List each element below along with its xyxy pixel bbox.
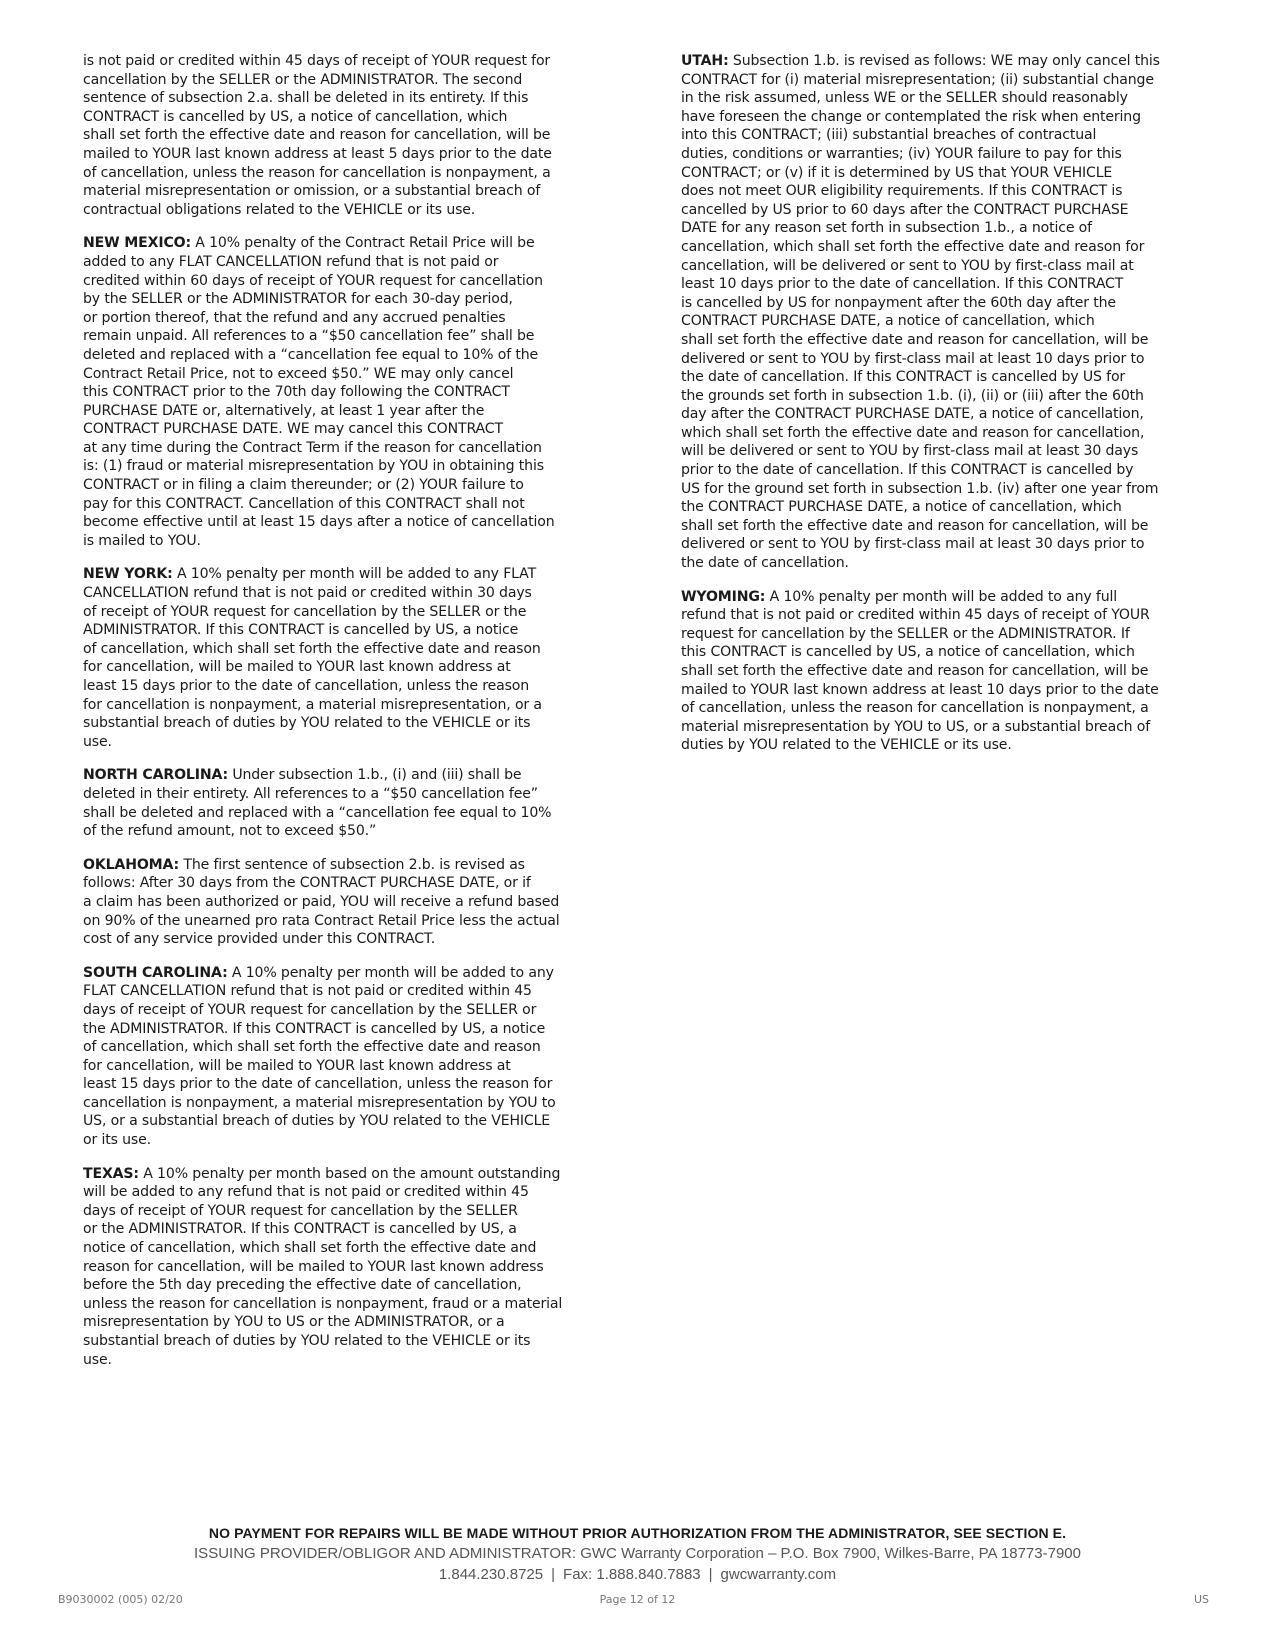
state-heading: NORTH CAROLINA: — [83, 767, 228, 783]
line-text: substantial breach of duties by YOU rela… — [83, 715, 530, 731]
line-text: mailed to YOUR last known address at lea… — [681, 682, 1159, 698]
text-line: cancellation by the SELLER or the ADMINI… — [83, 71, 628, 90]
text-line: shall set forth the effective date and r… — [681, 662, 1226, 681]
line-text: the date of cancellation. — [681, 555, 849, 571]
text-line: shall be deleted and replaced with a “ca… — [83, 804, 628, 823]
text-line: SOUTH CAROLINA: A 10% penalty per month … — [83, 964, 628, 983]
line-text: deleted in their entirety. All reference… — [83, 786, 538, 802]
text-line: on 90% of the unearned pro rata Contract… — [83, 912, 628, 931]
text-line: at any time during the Contract Term if … — [83, 439, 628, 458]
line-text: notice of cancellation, which shall set … — [83, 1240, 536, 1256]
contact-info: 1.844.230.8725|Fax: 1.888.840.7883|gwcwa… — [0, 1566, 1275, 1583]
state-heading: SOUTH CAROLINA: — [83, 965, 228, 981]
text-line: this CONTRACT prior to the 70th day foll… — [83, 383, 628, 402]
line-text: duties, conditions or warranties; (iv) Y… — [681, 146, 1122, 162]
text-line: shall set forth the effective date and r… — [681, 331, 1226, 350]
text-line: NORTH CAROLINA: Under subsection 1.b., (… — [83, 766, 628, 785]
text-line: which shall set forth the effective date… — [681, 424, 1226, 443]
text-line: the date of cancellation. — [681, 554, 1226, 573]
text-line: the date of cancellation. If this CONTRA… — [681, 368, 1226, 387]
line-text: use. — [83, 1352, 112, 1368]
line-text: a claim has been authorized or paid, YOU… — [83, 894, 559, 910]
state-provision-paragraph: WYOMING: A 10% penalty per month will be… — [681, 588, 1226, 755]
line-text: US for the ground set forth in subsectio… — [681, 481, 1158, 497]
line-text: cancellation is nonpayment, a material m… — [83, 1095, 556, 1111]
line-text: shall set forth the effective date and r… — [83, 127, 550, 143]
text-line: unless the reason for cancellation is no… — [83, 1295, 628, 1314]
line-text: does not meet OUR eligibility requiremen… — [681, 183, 1122, 199]
line-text: cancellation, which shall set forth the … — [681, 239, 1144, 255]
provider-info: ISSUING PROVIDER/OBLIGOR AND ADMINISTRAT… — [0, 1545, 1275, 1562]
line-text: will be added to any refund that is not … — [83, 1184, 529, 1200]
text-line: is mailed to YOU. — [83, 532, 628, 551]
authorization-notice: NO PAYMENT FOR REPAIRS WILL BE MADE WITH… — [0, 1525, 1275, 1541]
line-text: at any time during the Contract Term if … — [83, 440, 542, 456]
right-column: UTAH: Subsection 1.b. is revised as foll… — [681, 52, 1226, 770]
state-heading: UTAH: — [681, 53, 729, 69]
line-text: reason for cancellation, will be mailed … — [83, 1259, 544, 1275]
line-text: duties by YOU related to the VEHICLE or … — [681, 737, 1012, 753]
line-text: for cancellation, will be mailed to YOUR… — [83, 659, 511, 675]
line-text: pay for this CONTRACT. Cancellation of t… — [83, 496, 525, 512]
text-line: TEXAS: A 10% penalty per month based on … — [83, 1165, 628, 1184]
state-provision-paragraph: NORTH CAROLINA: Under subsection 1.b., (… — [83, 766, 628, 840]
state-provision-paragraph: NEW MEXICO: A 10% penalty of the Contrac… — [83, 234, 628, 550]
phone-number: 1.844.230.8725 — [439, 1566, 543, 1583]
line-text: for cancellation is nonpayment, a materi… — [83, 697, 542, 713]
text-line: use. — [83, 1351, 628, 1370]
line-text: will be delivered or sent to YOU by firs… — [681, 443, 1138, 459]
line-text: A 10% penalty per month will be added to… — [765, 589, 1117, 605]
text-line: cost of any service provided under this … — [83, 930, 628, 949]
line-text: CONTRACT or in filing a claim thereunder… — [83, 477, 524, 493]
text-line: or portion thereof, that the refund and … — [83, 309, 628, 328]
line-text: shall set forth the effective date and r… — [681, 332, 1148, 348]
text-line: delivered or sent to YOU by first-class … — [681, 535, 1226, 554]
text-line: deleted and replaced with a “cancellatio… — [83, 346, 628, 365]
line-text: A 10% penalty per month based on the amo… — [139, 1166, 560, 1182]
text-line: days of receipt of YOUR request for canc… — [83, 1001, 628, 1020]
region-code: US — [1194, 1593, 1209, 1606]
text-line: follows: After 30 days from the CONTRACT… — [83, 874, 628, 893]
line-text: FLAT CANCELLATION refund that is not pai… — [83, 983, 532, 999]
text-line: remain unpaid. All references to a “$50 … — [83, 327, 628, 346]
text-line: of cancellation, which shall set forth t… — [83, 640, 628, 659]
line-text: least 15 days prior to the date of cance… — [83, 1076, 552, 1092]
text-line: request for cancellation by the SELLER o… — [681, 625, 1226, 644]
line-text: mailed to YOUR last known address at lea… — [83, 146, 552, 162]
state-provision-paragraph: OKLAHOMA: The first sentence of subsecti… — [83, 856, 628, 949]
text-line: DATE for any reason set forth in subsect… — [681, 219, 1226, 238]
text-line: CONTRACT is cancelled by US, a notice of… — [83, 108, 628, 127]
text-line: misrepresentation by YOU to US or the AD… — [83, 1313, 628, 1332]
line-text: become effective until at least 15 days … — [83, 514, 555, 530]
text-line: cancellation is nonpayment, a material m… — [83, 1094, 628, 1113]
text-line: day after the CONTRACT PURCHASE DATE, a … — [681, 405, 1226, 424]
line-text: by the SELLER or the ADMINISTRATOR for e… — [83, 291, 513, 307]
line-text: is mailed to YOU. — [83, 533, 201, 549]
text-line: refund that is not paid or credited with… — [681, 606, 1226, 625]
text-line: of the refund amount, not to exceed $50.… — [83, 822, 628, 841]
state-provision-paragraph: SOUTH CAROLINA: A 10% penalty per month … — [83, 964, 628, 1150]
line-text: the grounds set forth in subsection 1.b.… — [681, 388, 1144, 404]
line-text: Subsection 1.b. is revised as follows: W… — [729, 53, 1160, 69]
text-line: for cancellation, will be mailed to YOUR… — [83, 1057, 628, 1076]
text-line: substantial breach of duties by YOU rela… — [83, 714, 628, 733]
line-text: delivered or sent to YOU by first-class … — [681, 536, 1144, 552]
line-text: of cancellation, which shall set forth t… — [83, 1039, 541, 1055]
line-text: into this CONTRACT; (iii) substantial br… — [681, 127, 1096, 143]
text-line: CONTRACT; or (v) if it is determined by … — [681, 164, 1226, 183]
line-text: substantial breach of duties by YOU rela… — [83, 1333, 530, 1349]
line-text: the date of cancellation. If this CONTRA… — [681, 369, 1125, 385]
line-text: ADMINISTRATOR. If this CONTRACT is cance… — [83, 622, 518, 638]
line-text: use. — [83, 734, 112, 750]
text-line: the grounds set forth in subsection 1.b.… — [681, 387, 1226, 406]
line-text: cancellation by the SELLER or the ADMINI… — [83, 72, 522, 88]
state-provision-paragraph: UTAH: Subsection 1.b. is revised as foll… — [681, 52, 1226, 573]
text-line: of cancellation, which shall set forth t… — [83, 1038, 628, 1057]
line-text: DATE for any reason set forth in subsect… — [681, 220, 1092, 236]
text-line: reason for cancellation, will be mailed … — [83, 1258, 628, 1277]
text-line: is not paid or credited within 45 days o… — [83, 52, 628, 71]
text-line: cancelled by US prior to 60 days after t… — [681, 201, 1226, 220]
line-text: cost of any service provided under this … — [83, 931, 435, 947]
text-line: NEW YORK: A 10% penalty per month will b… — [83, 565, 628, 584]
line-text: days of receipt of YOUR request for canc… — [83, 1002, 536, 1018]
separator: | — [551, 1566, 555, 1583]
text-line: does not meet OUR eligibility requiremen… — [681, 182, 1226, 201]
text-line: a claim has been authorized or paid, YOU… — [83, 893, 628, 912]
text-line: FLAT CANCELLATION refund that is not pai… — [83, 982, 628, 1001]
line-text: least 15 days prior to the date of cance… — [83, 678, 529, 694]
line-text: request for cancellation by the SELLER o… — [681, 626, 1130, 642]
line-text: or its use. — [83, 1132, 151, 1148]
line-text: A 10% penalty of the Contract Retail Pri… — [191, 235, 535, 251]
state-heading: NEW MEXICO: — [83, 235, 191, 251]
line-text: CANCELLATION refund that is not paid or … — [83, 585, 532, 601]
line-text: shall set forth the effective date and r… — [681, 663, 1148, 679]
text-line: into this CONTRACT; (iii) substantial br… — [681, 126, 1226, 145]
text-line: CONTRACT or in filing a claim thereunder… — [83, 476, 628, 495]
text-line: prior to the date of cancellation. If th… — [681, 461, 1226, 480]
line-text: The first sentence of subsection 2.b. is… — [179, 857, 525, 873]
line-text: remain unpaid. All references to a “$50 … — [83, 328, 534, 344]
text-line: least 15 days prior to the date of cance… — [83, 677, 628, 696]
state-provision-paragraph: is not paid or credited within 45 days o… — [83, 52, 628, 219]
line-text: CONTRACT is cancelled by US, a notice of… — [83, 109, 507, 125]
text-line: least 10 days prior to the date of cance… — [681, 275, 1226, 294]
text-line: duties, conditions or warranties; (iv) Y… — [681, 145, 1226, 164]
text-line: NEW MEXICO: A 10% penalty of the Contrac… — [83, 234, 628, 253]
line-text: cancelled by US prior to 60 days after t… — [681, 202, 1128, 218]
separator: | — [709, 1566, 713, 1583]
line-text: misrepresentation by YOU to US or the AD… — [83, 1314, 504, 1330]
text-line: WYOMING: A 10% penalty per month will be… — [681, 588, 1226, 607]
text-line: or its use. — [83, 1131, 628, 1150]
text-line: will be added to any refund that is not … — [83, 1183, 628, 1202]
text-line: added to any FLAT CANCELLATION refund th… — [83, 253, 628, 272]
text-line: of receipt of YOUR request for cancellat… — [83, 603, 628, 622]
line-text: material misrepresentation by YOU to US,… — [681, 719, 1150, 735]
line-text: of receipt of YOUR request for cancellat… — [83, 604, 526, 620]
line-text: deleted and replaced with a “cancellatio… — [83, 347, 538, 363]
line-text: this CONTRACT prior to the 70th day foll… — [83, 384, 510, 400]
text-line: UTAH: Subsection 1.b. is revised as foll… — [681, 52, 1226, 71]
text-line: CONTRACT PURCHASE DATE. WE may cancel th… — [83, 420, 628, 439]
line-text: Under subsection 1.b., (i) and (iii) sha… — [228, 767, 521, 783]
website-link[interactable]: gwcwarranty.com — [721, 1566, 837, 1583]
text-line: the ADMINISTRATOR. If this CONTRACT is c… — [83, 1020, 628, 1039]
line-text: of the refund amount, not to exceed $50.… — [83, 823, 376, 839]
text-line: duties by YOU related to the VEHICLE or … — [681, 736, 1226, 755]
state-heading: OKLAHOMA: — [83, 857, 179, 873]
fax-number: Fax: 1.888.840.7883 — [563, 1566, 701, 1583]
line-text: the ADMINISTRATOR. If this CONTRACT is c… — [83, 1021, 545, 1037]
line-text: have foreseen the change or contemplated… — [681, 109, 1141, 125]
text-line: days of receipt of YOUR request for canc… — [83, 1202, 628, 1221]
text-line: ADMINISTRATOR. If this CONTRACT is cance… — [83, 621, 628, 640]
line-text: is cancelled by US for nonpayment after … — [681, 295, 1116, 311]
line-text: or the ADMINISTRATOR. If this CONTRACT i… — [83, 1221, 517, 1237]
line-text: cancellation, will be delivered or sent … — [681, 258, 1134, 274]
line-text: credited within 60 days of receipt of YO… — [83, 273, 543, 289]
text-line: for cancellation is nonpayment, a materi… — [83, 696, 628, 715]
state-provision-paragraph: NEW YORK: A 10% penalty per month will b… — [83, 565, 628, 751]
text-line: cancellation, which shall set forth the … — [681, 238, 1226, 257]
line-text: sentence of subsection 2.a. shall be del… — [83, 90, 528, 106]
text-line: CONTRACT PURCHASE DATE, a notice of canc… — [681, 312, 1226, 331]
text-line: contractual obligations related to the V… — [83, 201, 628, 220]
text-line: by the SELLER or the ADMINISTRATOR for e… — [83, 290, 628, 309]
text-line: US, or a substantial breach of duties by… — [83, 1112, 628, 1131]
line-text: which shall set forth the effective date… — [681, 425, 1144, 441]
text-line: US for the ground set forth in subsectio… — [681, 480, 1226, 499]
text-line: use. — [83, 733, 628, 752]
line-text: follows: After 30 days from the CONTRACT… — [83, 875, 531, 891]
text-line: of cancellation, unless the reason for c… — [83, 164, 628, 183]
line-text: the CONTRACT PURCHASE DATE, a notice of … — [681, 499, 1122, 515]
state-heading: WYOMING: — [681, 589, 765, 605]
line-text: for cancellation, will be mailed to YOUR… — [83, 1058, 511, 1074]
text-line: deleted in their entirety. All reference… — [83, 785, 628, 804]
text-line: mailed to YOUR last known address at lea… — [681, 681, 1226, 700]
line-text: least 10 days prior to the date of cance… — [681, 276, 1123, 292]
text-line: mailed to YOUR last known address at lea… — [83, 145, 628, 164]
line-text: PURCHASE DATE or, alternatively, at leas… — [83, 403, 484, 419]
line-text: CONTRACT for (i) material misrepresentat… — [681, 72, 1154, 88]
line-text: refund that is not paid or credited with… — [681, 607, 1150, 623]
text-line: in the risk assumed, unless WE or the SE… — [681, 89, 1226, 108]
text-line: the CONTRACT PURCHASE DATE, a notice of … — [681, 498, 1226, 517]
line-text: A 10% penalty per month will be added to… — [228, 965, 554, 981]
text-line: material misrepresentation by YOU to US,… — [681, 718, 1226, 737]
text-line: cancellation, will be delivered or sent … — [681, 257, 1226, 276]
line-text: shall set forth the effective date and r… — [681, 518, 1148, 534]
line-text: of cancellation, unless the reason for c… — [681, 700, 1149, 716]
text-line: will be delivered or sent to YOU by firs… — [681, 442, 1226, 461]
text-line: notice of cancellation, which shall set … — [83, 1239, 628, 1258]
line-text: before the 5th day preceding the effecti… — [83, 1277, 521, 1293]
text-line: this CONTRACT is cancelled by US, a noti… — [681, 643, 1226, 662]
text-line: for cancellation, will be mailed to YOUR… — [83, 658, 628, 677]
text-line: shall set forth the effective date and r… — [83, 126, 628, 145]
text-line: delivered or sent to YOU by first-class … — [681, 350, 1226, 369]
line-text: shall be deleted and replaced with a “ca… — [83, 805, 551, 821]
line-text: day after the CONTRACT PURCHASE DATE, a … — [681, 406, 1144, 422]
text-line: sentence of subsection 2.a. shall be del… — [83, 89, 628, 108]
line-text: added to any FLAT CANCELLATION refund th… — [83, 254, 498, 270]
text-line: least 15 days prior to the date of cance… — [83, 1075, 628, 1094]
text-line: substantial breach of duties by YOU rela… — [83, 1332, 628, 1351]
line-text: on 90% of the unearned pro rata Contract… — [83, 913, 560, 929]
line-text: or portion thereof, that the refund and … — [83, 310, 505, 326]
line-text: is: (1) fraud or material misrepresentat… — [83, 458, 544, 474]
line-text: CONTRACT; or (v) if it is determined by … — [681, 165, 1112, 181]
line-text: Contract Retail Price, not to exceed $50… — [83, 366, 513, 382]
text-line: CONTRACT for (i) material misrepresentat… — [681, 71, 1226, 90]
state-heading: NEW YORK: — [83, 566, 173, 582]
text-line: shall set forth the effective date and r… — [681, 517, 1226, 536]
text-line: have foreseen the change or contemplated… — [681, 108, 1226, 127]
line-text: of cancellation, which shall set forth t… — [83, 641, 541, 657]
line-text: contractual obligations related to the V… — [83, 202, 475, 218]
text-line: credited within 60 days of receipt of YO… — [83, 272, 628, 291]
line-text: prior to the date of cancellation. If th… — [681, 462, 1133, 478]
text-line: pay for this CONTRACT. Cancellation of t… — [83, 495, 628, 514]
page-number: Page 12 of 12 — [0, 1593, 1275, 1606]
text-line: material misrepresentation or omission, … — [83, 182, 628, 201]
text-line: is: (1) fraud or material misrepresentat… — [83, 457, 628, 476]
line-text: A 10% penalty per month will be added to… — [173, 566, 536, 582]
text-line: PURCHASE DATE or, alternatively, at leas… — [83, 402, 628, 421]
text-line: of cancellation, unless the reason for c… — [681, 699, 1226, 718]
line-text: days of receipt of YOUR request for canc… — [83, 1203, 518, 1219]
line-text: CONTRACT PURCHASE DATE, a notice of canc… — [681, 313, 1095, 329]
state-provision-paragraph: TEXAS: A 10% penalty per month based on … — [83, 1165, 628, 1370]
text-line: CANCELLATION refund that is not paid or … — [83, 584, 628, 603]
line-text: unless the reason for cancellation is no… — [83, 1296, 562, 1312]
line-text: this CONTRACT is cancelled by US, a noti… — [681, 644, 1135, 660]
text-line: become effective until at least 15 days … — [83, 513, 628, 532]
line-text: in the risk assumed, unless WE or the SE… — [681, 90, 1128, 106]
line-text: US, or a substantial breach of duties by… — [83, 1113, 550, 1129]
text-line: OKLAHOMA: The first sentence of subsecti… — [83, 856, 628, 875]
line-text: is not paid or credited within 45 days o… — [83, 53, 550, 69]
line-text: CONTRACT PURCHASE DATE. WE may cancel th… — [83, 421, 503, 437]
text-line: is cancelled by US for nonpayment after … — [681, 294, 1226, 313]
line-text: of cancellation, unless the reason for c… — [83, 165, 551, 181]
line-text: delivered or sent to YOU by first-class … — [681, 351, 1144, 367]
line-text: material misrepresentation or omission, … — [83, 183, 540, 199]
left-column: is not paid or credited within 45 days o… — [83, 52, 628, 1384]
state-heading: TEXAS: — [83, 1166, 139, 1182]
text-line: Contract Retail Price, not to exceed $50… — [83, 365, 628, 384]
text-line: before the 5th day preceding the effecti… — [83, 1276, 628, 1295]
text-line: or the ADMINISTRATOR. If this CONTRACT i… — [83, 1220, 628, 1239]
